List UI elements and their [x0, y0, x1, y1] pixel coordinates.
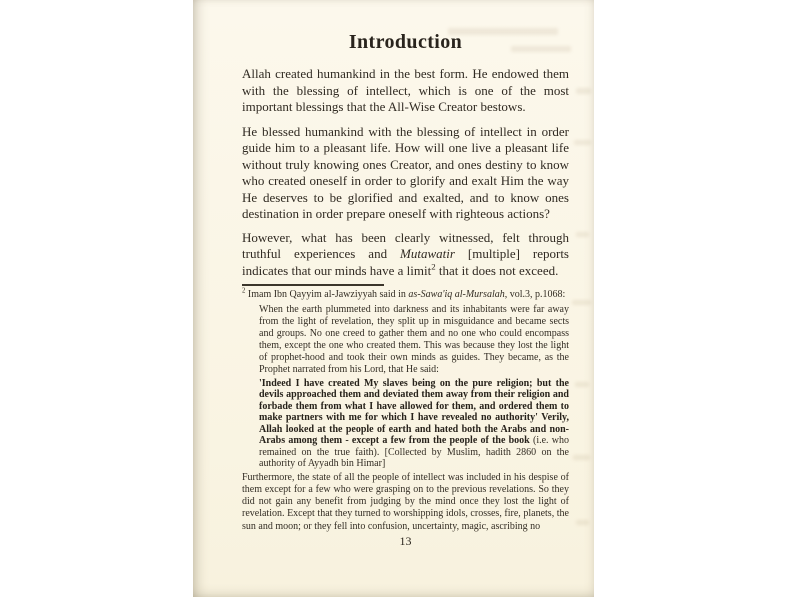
footnote-intro-text: Imam Ibn Qayyim al-Jawziyyah said in: [245, 289, 408, 300]
paragraph-3: However, what has been clearly witnessed…: [242, 230, 569, 280]
bleed-through-mark: [576, 232, 589, 237]
italic-book-title: as-Sawa'iq al-Mursalah: [408, 289, 504, 300]
bleed-through-mark: [573, 455, 590, 460]
text-column: Introduction Allah created humankind in …: [242, 0, 569, 549]
paragraph-1: Allah created humankind in the best form…: [242, 66, 569, 116]
paragraph-2: He blessed humankind with the blessing o…: [242, 124, 569, 223]
bleed-through-mark: [576, 88, 591, 94]
book-page: Introduction Allah created humankind in …: [193, 0, 594, 597]
footnote-divider: [242, 284, 384, 286]
footnote-block-1: When the earth plummeted into darkness a…: [259, 304, 569, 376]
bleed-through-mark: [574, 140, 591, 145]
bleed-through-mark: [572, 300, 591, 305]
scanned-book-spread: Introduction Allah created humankind in …: [0, 0, 800, 600]
footnote-intro-text: , vol.3, p.1068:: [505, 289, 566, 300]
bleed-through-mark: [575, 382, 589, 387]
footnote-hadith-quote: 'Indeed I have created My slaves being o…: [259, 378, 569, 470]
hadith-quote-bold: 'Indeed I have created My slaves being o…: [259, 378, 569, 447]
paragraph-3-text: that it does not exceed.: [436, 263, 559, 278]
footnote-intro: 2 Imam Ibn Qayyim al-Jawziyyah said in a…: [242, 289, 569, 301]
page-number: 13: [242, 534, 569, 549]
bleed-through-mark: [576, 520, 589, 525]
footnote-closing: Furthermore, the state of all the people…: [242, 472, 569, 533]
page-title: Introduction: [242, 30, 569, 55]
italic-term-mutawatir: Mutawatir: [400, 246, 455, 261]
